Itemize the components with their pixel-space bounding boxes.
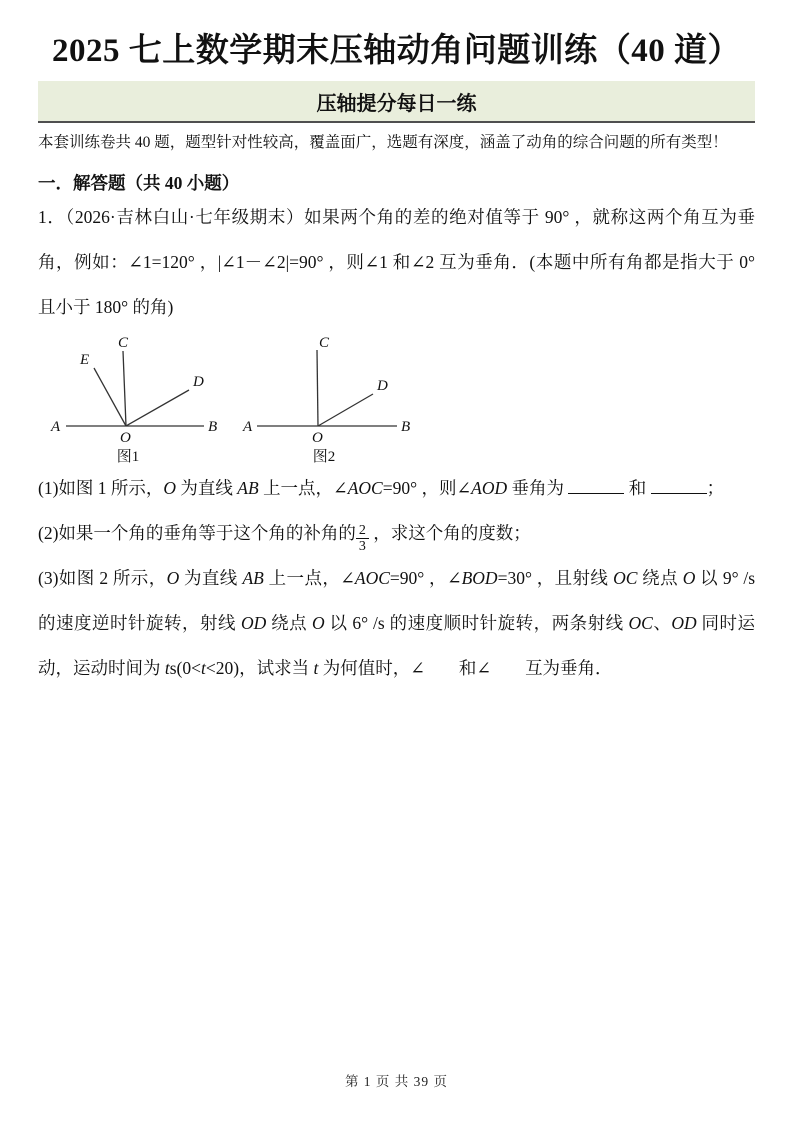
text-segment: OD (241, 613, 266, 633)
banner: 压轴提分每日一练 (38, 81, 755, 123)
text-segment: 垂角为 (507, 478, 568, 498)
fig2-ray-OC (317, 350, 318, 426)
answer-blank-2 (651, 476, 707, 495)
fig1-ray-OD (126, 390, 189, 426)
text-segment: 、 (653, 613, 672, 633)
text-segment: ，求这个角的度数； (369, 523, 531, 543)
question-1-part-3: (3)如图 2 所示，O 为直线 AB 上一点，∠AOC=90° ，∠BOD=3… (38, 556, 755, 691)
page-footer: 第 1 页 共 39 页 (0, 1070, 793, 1090)
text-segment: AB (242, 568, 263, 588)
text-segment: BOD (462, 568, 498, 588)
text-segment: ； (707, 478, 725, 498)
intro-text: 本套训练卷共 40 题，题型针对性较高，覆盖面广，选题有深度，涵盖了动角的综合问… (38, 132, 755, 154)
text-segment: (1)如图 1 所示， (38, 478, 163, 498)
text-segment: OC (629, 613, 653, 633)
fig1-label-C: C (118, 335, 129, 351)
section-heading: 一．解答题（共 40 小题） (38, 170, 755, 195)
text-segment: 为直线 (179, 568, 242, 588)
text-segment: 和∠ (459, 658, 491, 678)
text-segment: 互为垂角． (525, 658, 613, 678)
text-segment: O (163, 478, 176, 498)
fig1-label-D: D (192, 374, 204, 390)
text-segment: 1．（2026·吉林白山·七年级期末）如果两个角的差的绝对值等于 90° ，就称… (38, 207, 755, 317)
text-segment: =90° ，则∠ (383, 478, 471, 498)
text-segment: OD (671, 613, 696, 633)
fig2-label-C: C (319, 335, 330, 351)
fig2-ray-OD (318, 394, 373, 426)
figure-2-diagram: A B C D O 图2 (240, 334, 430, 466)
fig2-caption: 图2 (313, 448, 336, 465)
fig1-caption: 图1 (117, 448, 140, 465)
fig2-label-D: D (376, 378, 388, 394)
fig2-label-B: B (401, 419, 410, 435)
text-segment: 和 (624, 478, 650, 498)
fig1-label-O: O (120, 430, 131, 446)
text-segment: 绕点 (637, 568, 682, 588)
text-segment: 上一点，∠ (264, 568, 355, 588)
text-segment: 上一点，∠ (259, 478, 348, 498)
text-segment: O (167, 568, 180, 588)
worksheet-page: 2025 七上数学期末压轴动角问题训练（40 道） 压轴提分每日一练 本套训练卷… (0, 24, 793, 691)
text-segment: (2)如果一个角的垂角等于这个角的补角的 (38, 523, 356, 543)
fig1-label-B: B (208, 419, 217, 435)
question-1-stem: 1．（2026·吉林白山·七年级期末）如果两个角的差的绝对值等于 90° ，就称… (38, 195, 755, 330)
text-segment: 以 6° /s 的速度顺时针旋转，两条射线 (325, 613, 629, 633)
text-segment: =90° ，∠ (390, 568, 462, 588)
text-segment: AB (237, 478, 258, 498)
question-1-part-2: (2)如果一个角的垂角等于这个角的补角的23 ，求这个角的度数； (38, 511, 755, 556)
page-title: 2025 七上数学期末压轴动角问题训练（40 道） (38, 24, 755, 71)
text-segment: s(0< (170, 658, 201, 678)
text-segment: 绕点 (266, 613, 312, 633)
fig1-ray-OC (123, 351, 126, 426)
text-segment: AOC (355, 568, 390, 588)
text-segment: O (683, 568, 696, 588)
fig1-label-A: A (50, 419, 61, 435)
fig2-label-O: O (312, 430, 323, 446)
text-segment: AOD (471, 478, 507, 498)
text-segment: 为何值时，∠ (318, 658, 425, 678)
figures-row: A B C D E O 图1 A B C D O 图2 (38, 334, 755, 466)
text-segment: (3)如图 2 所示， (38, 568, 167, 588)
fraction-two-thirds: 23 (356, 523, 369, 555)
fig1-label-E: E (79, 352, 89, 368)
text-segment: OC (613, 568, 637, 588)
text-segment: 为直线 (176, 478, 237, 498)
text-segment: AOC (348, 478, 383, 498)
figure-1-diagram: A B C D E O 图1 (38, 334, 238, 466)
fig2-label-A: A (242, 419, 253, 435)
question-1-part-1: (1)如图 1 所示，O 为直线 AB 上一点，∠AOC=90° ，则∠AOD … (38, 466, 755, 511)
answer-blank-1 (568, 476, 624, 495)
text-segment: O (312, 613, 325, 633)
text-segment: =30° ，且射线 (498, 568, 614, 588)
fig1-ray-OE (94, 368, 126, 426)
text-segment: <20)，试求当 (206, 658, 314, 678)
banner-text: 压轴提分每日一练 (317, 93, 477, 115)
